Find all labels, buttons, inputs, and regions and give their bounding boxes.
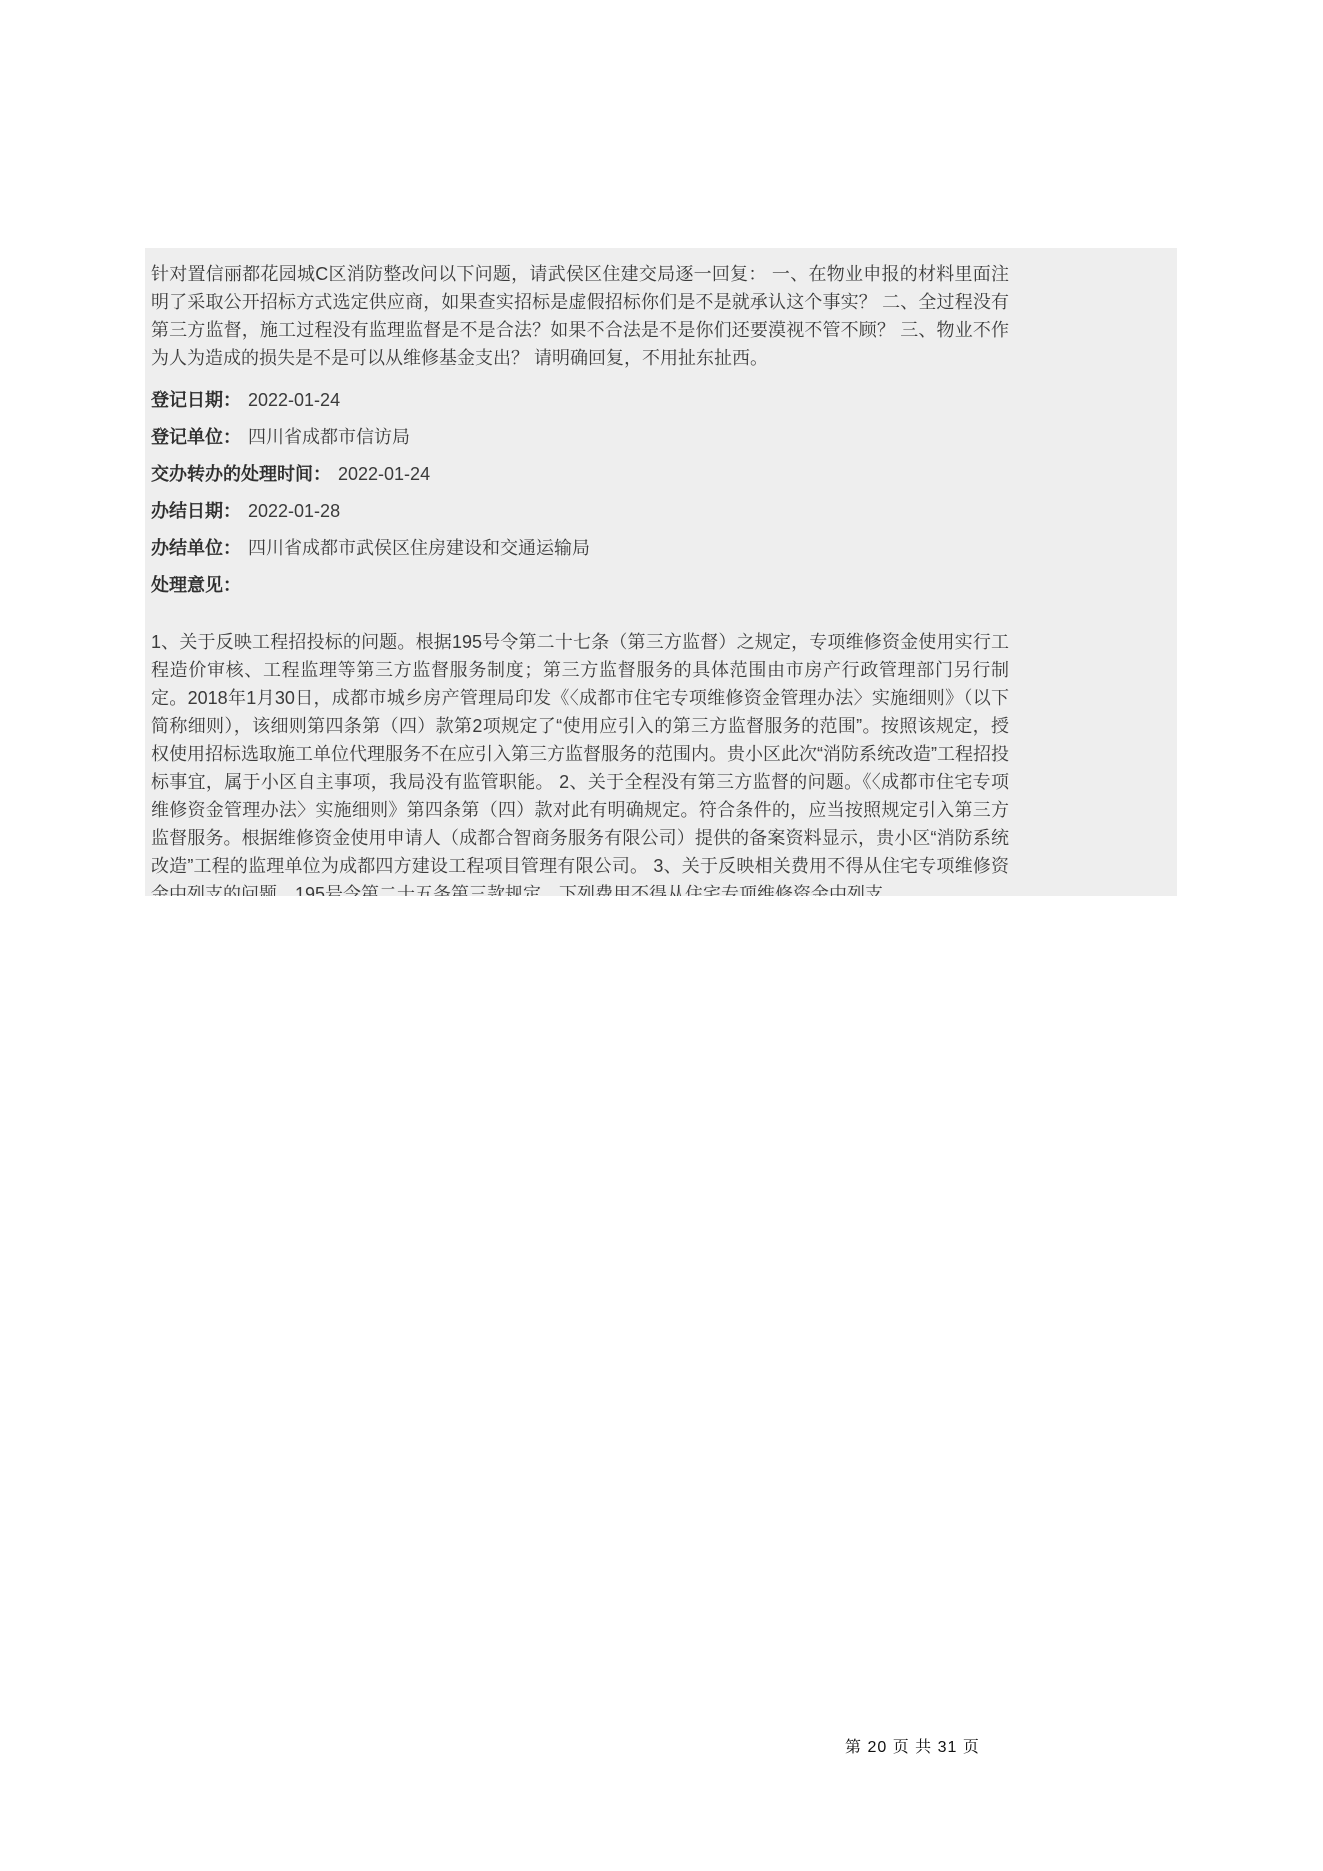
field-label: 办结单位：: [151, 538, 241, 558]
field-value: 2022-01-24: [338, 464, 430, 484]
field-label: 交办转办的处理时间：: [151, 464, 331, 484]
field-value: 2022-01-24: [248, 390, 340, 410]
field-value: 四川省成都市武侯区住房建设和交通运输局: [248, 538, 590, 558]
field-transfer-handling-time: 交办转办的处理时间：2022-01-24: [151, 462, 1177, 486]
content-block: 针对置信丽都花园城C区消防整改问以下问题，请武侯区住建交局逐一回复： 一、在物业…: [145, 248, 1177, 896]
field-label: 登记单位：: [151, 427, 241, 447]
opinion-paragraph: 1、关于反映工程招投标的问题。根据195号令第二十七条（第三方监督）之规定，专项…: [151, 628, 1009, 896]
field-label: 处理意见：: [151, 575, 241, 595]
field-registration-date: 登记日期：2022-01-24: [151, 388, 1177, 412]
field-label: 办结日期：: [151, 501, 241, 521]
field-completion-date: 办结日期：2022-01-28: [151, 499, 1177, 523]
field-value: 四川省成都市信访局: [248, 427, 410, 447]
field-completion-unit: 办结单位：四川省成都市武侯区住房建设和交通运输局: [151, 536, 1177, 560]
page-number: 第 20 页 共 31 页: [845, 1738, 980, 1758]
complaint-paragraph: 针对置信丽都花园城C区消防整改问以下问题，请武侯区住建交局逐一回复： 一、在物业…: [151, 260, 1009, 372]
field-opinion-label: 处理意见：: [151, 573, 1177, 597]
field-registration-unit: 登记单位：四川省成都市信访局: [151, 425, 1177, 449]
field-label: 登记日期：: [151, 390, 241, 410]
field-value: 2022-01-28: [248, 501, 340, 521]
document-page: 针对置信丽都花园城C区消防整改问以下问题，请武侯区住建交局逐一回复： 一、在物业…: [0, 0, 1323, 1871]
